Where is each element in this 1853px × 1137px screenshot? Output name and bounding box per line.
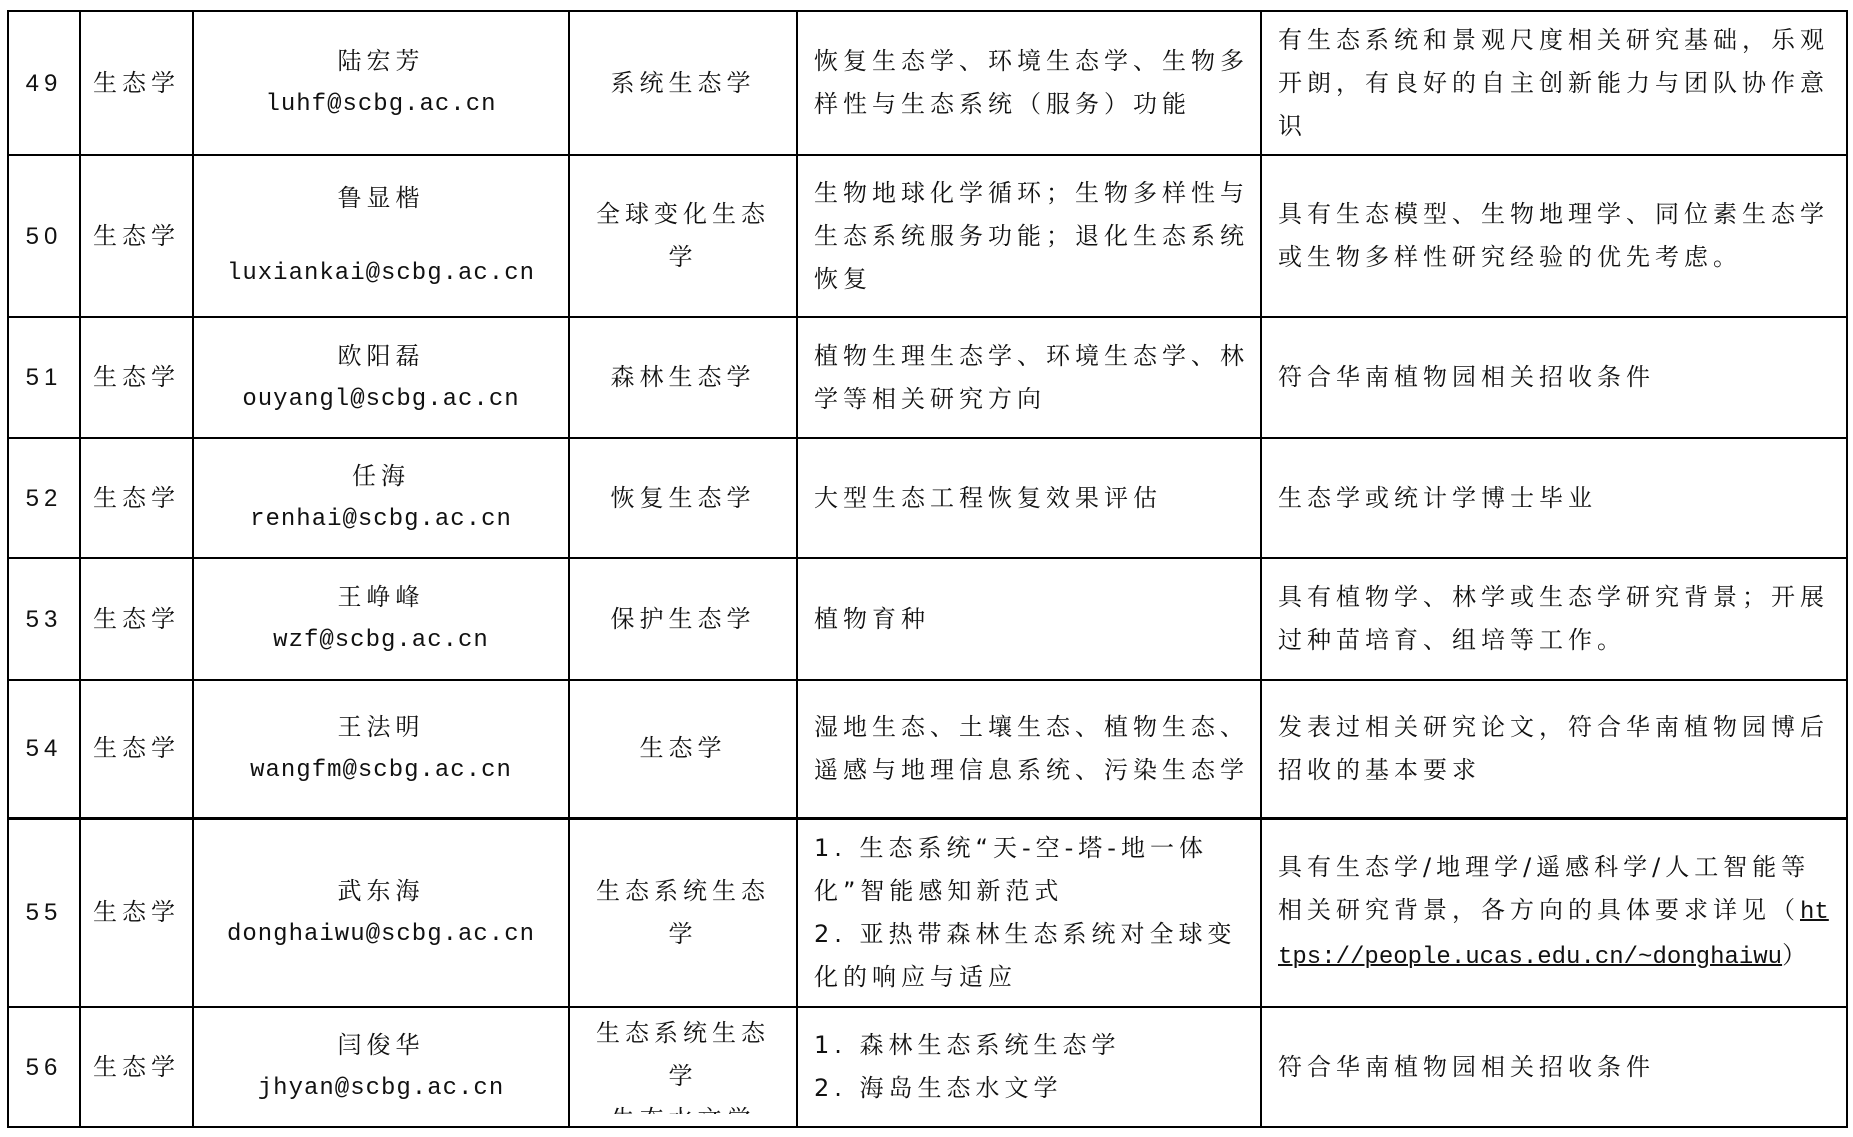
field-cell: 全球变化生态 学: [569, 155, 797, 317]
field-cell: 生态学: [569, 680, 797, 818]
direction-item: 2. 海岛生态水文学: [814, 1067, 1250, 1110]
row-number: 54: [8, 680, 80, 818]
table-row: 53 生态学 王峥峰 wzf@scbg.ac.cn 保护生态学 植物育种 具有植…: [8, 558, 1847, 680]
research-direction-cell: 植物生理生态学、环境生态学、林学等相关研究方向: [797, 317, 1261, 438]
row-number: 56: [8, 1007, 80, 1127]
requirements-cell: 符合华南植物园相关招收条件: [1261, 1007, 1847, 1127]
requirements-cell: 发表过相关研究论文，符合华南植物园博后招收的基本要求: [1261, 680, 1847, 818]
field-text: 恢复生态学: [584, 477, 782, 520]
mentor-cell: 鲁显楷 luxiankai@scbg.ac.cn: [193, 155, 569, 317]
mentor-name: 武东海: [194, 870, 568, 913]
mentor-email[interactable]: renhai@scbg.ac.cn: [194, 498, 568, 541]
requirements-text-end: ）: [1782, 941, 1811, 969]
requirements-text: 具有生态学/地理学/遥感科学/人工智能等相关研究背景，各方向的具体要求详见（: [1278, 853, 1810, 924]
mentor-email[interactable]: luhf@scbg.ac.cn: [194, 83, 568, 126]
field-cell: 恢复生态学: [569, 438, 797, 558]
requirements-cell: 具有生态模型、生物地理学、同位素生态学或生物多样性研究经验的优先考虑。: [1261, 155, 1847, 317]
field-text: 学: [584, 1055, 782, 1098]
table-row: 50 生态学 鲁显楷 luxiankai@scbg.ac.cn 全球变化生态 学…: [8, 155, 1847, 317]
row-number: 51: [8, 317, 80, 438]
table-row: 56 生态学 闫俊华 jhyan@scbg.ac.cn 生态系统生态 学 生态水…: [8, 1007, 1847, 1127]
table-row: 52 生态学 任海 renhai@scbg.ac.cn 恢复生态学 大型生态工程…: [8, 438, 1847, 558]
research-direction-cell: 1. 生态系统“天-空-塔-地一体化”智能感知新范式 2. 亚热带森林生态系统对…: [797, 818, 1261, 1007]
mentor-cell: 陆宏芳 luhf@scbg.ac.cn: [193, 11, 569, 155]
research-direction-cell: 1. 森林生态系统生态学 2. 海岛生态水文学: [797, 1007, 1261, 1127]
mentor-email[interactable]: wangfm@scbg.ac.cn: [194, 749, 568, 792]
mentor-email[interactable]: wzf@scbg.ac.cn: [194, 619, 568, 662]
field-text: 学: [584, 236, 782, 279]
mentor-email[interactable]: jhyan@scbg.ac.cn: [194, 1067, 568, 1110]
requirements-cell: 生态学或统计学博士毕业: [1261, 438, 1847, 558]
table-row: 49 生态学 陆宏芳 luhf@scbg.ac.cn 系统生态学 恢复生态学、环…: [8, 11, 1847, 155]
mentor-name: 任海: [194, 455, 568, 498]
field-cell: 保护生态学: [569, 558, 797, 680]
mentor-name: 闫俊华: [194, 1024, 568, 1067]
field-text: 生态系统生态: [584, 1012, 782, 1055]
research-direction-cell: 恢复生态学、环境生态学、生物多样性与生态系统（服务）功能: [797, 11, 1261, 155]
spacer: [194, 220, 568, 252]
mentor-cell: 武东海 donghaiwu@scbg.ac.cn: [193, 818, 569, 1007]
row-number: 49: [8, 11, 80, 155]
mentor-name: 王法明: [194, 706, 568, 749]
discipline-cell: 生态学: [80, 680, 193, 818]
requirements-cell: 具有植物学、林学或生态学研究背景；开展过种苗培育、组培等工作。: [1261, 558, 1847, 680]
discipline-cell: 生态学: [80, 155, 193, 317]
mentor-name: 鲁显楷: [194, 177, 568, 220]
requirements-cell: 具有生态学/地理学/遥感科学/人工智能等相关研究背景，各方向的具体要求详见（ht…: [1261, 818, 1847, 1007]
field-text: 全球变化生态: [584, 193, 782, 236]
field-text-clipped: 生态水文学: [584, 1098, 782, 1114]
field-text: 保护生态学: [584, 598, 782, 641]
discipline-cell: 生态学: [80, 11, 193, 155]
field-text: 生态系统生态: [584, 870, 782, 913]
research-direction-cell: 生物地球化学循环；生物多样性与生态系统服务功能；退化生态系统恢复: [797, 155, 1261, 317]
requirements-cell: 符合华南植物园相关招收条件: [1261, 317, 1847, 438]
row-number: 53: [8, 558, 80, 680]
mentor-cell: 闫俊华 jhyan@scbg.ac.cn: [193, 1007, 569, 1127]
research-direction-cell: 大型生态工程恢复效果评估: [797, 438, 1261, 558]
row-number: 52: [8, 438, 80, 558]
direction-item: 1. 生态系统“天-空-塔-地一体化”智能感知新范式: [814, 827, 1250, 913]
row-number: 55: [8, 818, 80, 1007]
mentor-email[interactable]: luxiankai@scbg.ac.cn: [194, 252, 568, 295]
discipline-cell: 生态学: [80, 438, 193, 558]
table-row: 51 生态学 欧阳磊 ouyangl@scbg.ac.cn 森林生态学 植物生理…: [8, 317, 1847, 438]
mentor-cell: 王法明 wangfm@scbg.ac.cn: [193, 680, 569, 818]
table-row: 54 生态学 王法明 wangfm@scbg.ac.cn 生态学 湿地生态、土壤…: [8, 680, 1847, 818]
discipline-cell: 生态学: [80, 317, 193, 438]
mentor-email[interactable]: ouyangl@scbg.ac.cn: [194, 378, 568, 421]
field-text: 系统生态学: [584, 62, 782, 105]
field-cell: 系统生态学: [569, 11, 797, 155]
field-text: 森林生态学: [584, 356, 782, 399]
discipline-cell: 生态学: [80, 818, 193, 1007]
direction-item: 2. 亚热带森林生态系统对全球变化的响应与适应: [814, 913, 1250, 999]
direction-item: 1. 森林生态系统生态学: [814, 1024, 1250, 1067]
field-cell: 生态系统生态 学: [569, 818, 797, 1007]
mentor-name: 欧阳磊: [194, 335, 568, 378]
requirements-cell: 有生态系统和景观尺度相关研究基础，乐观开朗，有良好的自主创新能力与团队协作意识: [1261, 11, 1847, 155]
mentor-cell: 欧阳磊 ouyangl@scbg.ac.cn: [193, 317, 569, 438]
discipline-cell: 生态学: [80, 1007, 193, 1127]
field-text: 生态学: [584, 727, 782, 770]
mentor-email[interactable]: donghaiwu@scbg.ac.cn: [194, 913, 568, 956]
discipline-cell: 生态学: [80, 558, 193, 680]
field-text: 学: [584, 913, 782, 956]
row-number: 50: [8, 155, 80, 317]
table-row: 55 生态学 武东海 donghaiwu@scbg.ac.cn 生态系统生态 学…: [8, 818, 1847, 1007]
mentor-cell: 王峥峰 wzf@scbg.ac.cn: [193, 558, 569, 680]
field-cell: 森林生态学: [569, 317, 797, 438]
mentor-name: 王峥峰: [194, 576, 568, 619]
field-cell: 生态系统生态 学 生态水文学: [569, 1007, 797, 1127]
research-direction-cell: 湿地生态、土壤生态、植物生态、遥感与地理信息系统、污染生态学: [797, 680, 1261, 818]
mentor-cell: 任海 renhai@scbg.ac.cn: [193, 438, 569, 558]
recruitment-table: 49 生态学 陆宏芳 luhf@scbg.ac.cn 系统生态学 恢复生态学、环…: [7, 10, 1848, 1128]
mentor-name: 陆宏芳: [194, 40, 568, 83]
research-direction-cell: 植物育种: [797, 558, 1261, 680]
